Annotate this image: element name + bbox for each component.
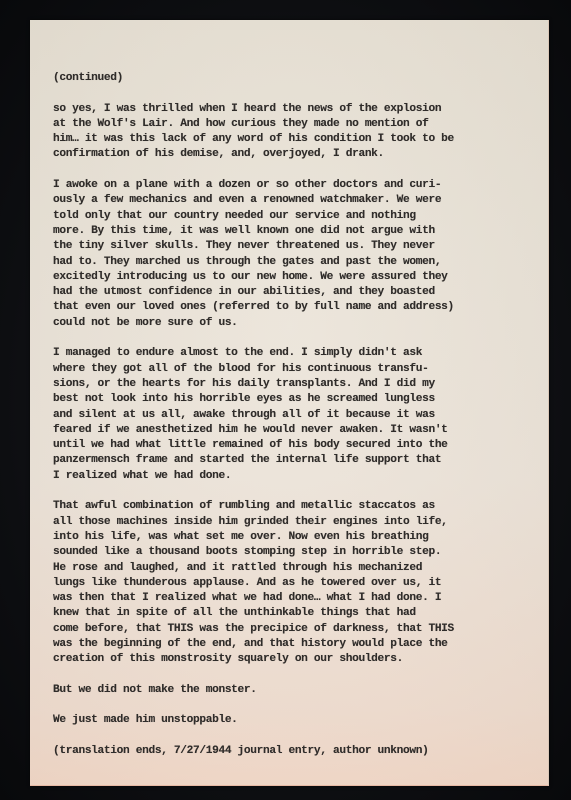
text-line: that even our loved ones (referred to by… bbox=[53, 300, 493, 315]
text-line: lungs like thunderous applause. And as h… bbox=[53, 576, 493, 591]
text-line: We just made him unstoppable. bbox=[53, 713, 493, 728]
text-line: and silent at us all, awake through all … bbox=[53, 408, 493, 423]
text-line: at the Wolf's Lair. And how curious they… bbox=[53, 117, 493, 132]
text-line: until we had what little remained of his… bbox=[53, 438, 493, 453]
text-line: confirmation of his demise, and, overjoy… bbox=[53, 147, 493, 162]
text-line: That awful combination of rumbling and m… bbox=[53, 499, 493, 514]
text-line: He rose and laughed, and it rattled thro… bbox=[53, 561, 493, 576]
text-line: more. By this time, it was well known on… bbox=[53, 224, 493, 239]
text-line: come before, that THIS was the precipice… bbox=[53, 622, 493, 637]
text-line: (translation ends, 7/27/1944 journal ent… bbox=[53, 744, 493, 759]
text-line: sions, or the hearts for his daily trans… bbox=[53, 377, 493, 392]
paragraphs: so yes, I was thrilled when I heard the … bbox=[53, 102, 493, 760]
text-line: had the utmost confidence in our abiliti… bbox=[53, 285, 493, 300]
paragraph: I awoke on a plane with a dozen or so ot… bbox=[53, 178, 493, 331]
text-line: so yes, I was thrilled when I heard the … bbox=[53, 102, 493, 117]
text-line: sounded like a thousand boots stomping s… bbox=[53, 545, 493, 560]
text-line: had to. They marched us through the gate… bbox=[53, 255, 493, 270]
text-line: told only that our country needed our se… bbox=[53, 209, 493, 224]
text-line: I awoke on a plane with a dozen or so ot… bbox=[53, 178, 493, 193]
paragraph: But we did not make the monster. bbox=[53, 683, 493, 698]
text-line: ously a few mechanics and even a renowne… bbox=[53, 193, 493, 208]
text-line: into his life, was what set me over. Now… bbox=[53, 530, 493, 545]
text-line: panzermensch frame and started the inter… bbox=[53, 453, 493, 468]
paragraph: I managed to endure almost to the end. I… bbox=[53, 346, 493, 484]
text-line: all those machines inside him grinded th… bbox=[53, 515, 493, 530]
text-line: excitedly introducing us to our new home… bbox=[53, 270, 493, 285]
paragraph: We just made him unstoppable. bbox=[53, 713, 493, 728]
text-line: was the beginning of the end, and that h… bbox=[53, 637, 493, 652]
text-line: could not be more sure of us. bbox=[53, 316, 493, 331]
text-line: him… it was this lack of any word of his… bbox=[53, 132, 493, 147]
text-line: where they got all of the blood for his … bbox=[53, 362, 493, 377]
text-line: the tiny silver skulls. They never threa… bbox=[53, 239, 493, 254]
text-line: knew that in spite of all the unthinkabl… bbox=[53, 606, 493, 621]
page-text: (continued) so yes, I was thrilled when … bbox=[53, 71, 493, 775]
paragraph: so yes, I was thrilled when I heard the … bbox=[53, 102, 493, 163]
text-line: best not look into his horrible eyes as … bbox=[53, 392, 493, 407]
text-line: was then that I realized what we had don… bbox=[53, 591, 493, 606]
text-line: feared if we anesthetized him he would n… bbox=[53, 423, 493, 438]
text-line: creation of this monstrosity squarely on… bbox=[53, 652, 493, 667]
text-line: But we did not make the monster. bbox=[53, 683, 493, 698]
continued-heading: (continued) bbox=[53, 71, 493, 86]
paragraph: (translation ends, 7/27/1944 journal ent… bbox=[53, 744, 493, 759]
paragraph: That awful combination of rumbling and m… bbox=[53, 499, 493, 667]
text-line: I managed to endure almost to the end. I… bbox=[53, 346, 493, 361]
text-line: I realized what we had done. bbox=[53, 469, 493, 484]
